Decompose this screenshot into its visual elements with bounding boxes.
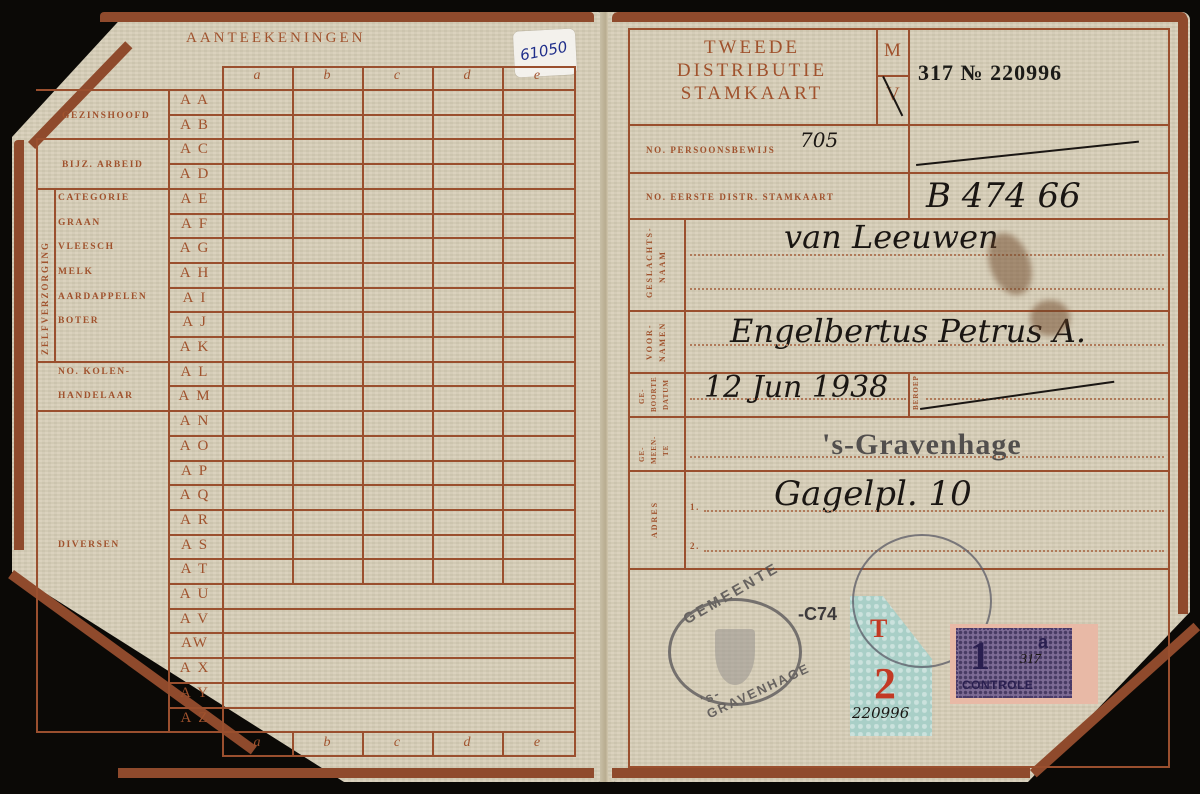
adres-line-2-number: 2. bbox=[690, 541, 700, 551]
adres-label: ADRES bbox=[650, 501, 659, 538]
row-code-14: A O bbox=[168, 438, 222, 455]
divider bbox=[628, 124, 1170, 126]
adres-dotted-line-1 bbox=[704, 510, 1164, 512]
row-code-24: A Y bbox=[168, 685, 222, 702]
group-label-7: BOTER bbox=[58, 316, 99, 326]
grid-line bbox=[502, 731, 504, 757]
right-border-side bbox=[1178, 14, 1188, 614]
row-code-22: AW bbox=[168, 635, 222, 652]
grid-line bbox=[362, 731, 364, 757]
grid-line bbox=[36, 361, 574, 363]
persoonsbewijs-value: 705 bbox=[800, 128, 838, 152]
sex-option-m: M bbox=[884, 40, 901, 62]
code-stamp: -C74 bbox=[798, 604, 837, 625]
eerste-stamkaart-label: NO. EERSTE DISTR. STAMKAART bbox=[646, 192, 835, 202]
group-label-6: AARDAPPELEN bbox=[58, 292, 147, 302]
column-header-bottom-2: c bbox=[362, 735, 432, 751]
row-code-13: A N bbox=[168, 413, 222, 430]
grid-line bbox=[36, 89, 574, 91]
grid-line bbox=[502, 66, 504, 583]
row-code-7: A H bbox=[168, 265, 222, 282]
grid-line bbox=[168, 707, 574, 709]
row-code-0: A A bbox=[168, 92, 222, 109]
group-label-10: DIVERSEN bbox=[58, 540, 120, 550]
column-header-top-3: d bbox=[432, 68, 502, 84]
grid-line bbox=[168, 213, 574, 215]
left-border-top bbox=[100, 12, 594, 22]
divider bbox=[684, 218, 686, 570]
geboortedatum-label-1: GE- bbox=[638, 389, 646, 404]
controle-stamp-letter: a bbox=[1038, 632, 1048, 653]
row-code-15: A P bbox=[168, 463, 222, 480]
row-code-5: A F bbox=[168, 216, 222, 233]
geslachtsnaam-dotted-line-2 bbox=[690, 288, 1164, 290]
column-header-bottom-1: b bbox=[292, 735, 362, 751]
gemeente-dotted-line bbox=[690, 456, 1164, 458]
group-label-3: GRAAN bbox=[58, 218, 101, 228]
group-label-4: VLEESCH bbox=[58, 242, 115, 252]
persoonsbewijs-label: NO. PERSOONSBEWIJS bbox=[646, 145, 775, 155]
controle-stamp: 1 a 317 CONTROLE bbox=[950, 624, 1098, 704]
grid-line bbox=[168, 509, 574, 511]
row-code-3: A D bbox=[168, 166, 222, 183]
grid-line bbox=[362, 66, 364, 583]
aanteekeningen-title: AANTEEKENINGEN bbox=[186, 30, 365, 47]
group-label-1: BIJZ. ARBEID bbox=[62, 160, 144, 170]
left-border-bottom bbox=[118, 768, 594, 778]
grid-line bbox=[168, 682, 574, 684]
grid-line bbox=[292, 731, 294, 757]
column-header-bottom-3: d bbox=[432, 735, 502, 751]
column-header-top-1: b bbox=[292, 68, 362, 84]
row-code-16: A Q bbox=[168, 487, 222, 504]
geboortedatum-label-2: BOORTE bbox=[650, 376, 658, 412]
geslachtsnaam-label-2: NAAM bbox=[658, 250, 667, 283]
geslachtsnaam-dotted-line-1 bbox=[690, 254, 1164, 256]
grid-line bbox=[36, 138, 574, 140]
row-code-23: A X bbox=[168, 660, 222, 677]
card-title: TWEEDE DISTRIBUTIE STAMKAART bbox=[632, 36, 872, 105]
row-code-12: A M bbox=[168, 388, 222, 405]
row-code-10: A K bbox=[168, 339, 222, 356]
group-label-2: CATEGORIE bbox=[58, 193, 130, 203]
controle-stamp-number: 1 bbox=[970, 632, 990, 679]
controle-stamp-body: 1 a 317 CONTROLE bbox=[956, 628, 1072, 698]
grid-line bbox=[168, 657, 574, 659]
divider bbox=[628, 416, 1170, 418]
grid-line bbox=[222, 755, 574, 757]
geboortedatum-label-3: DATUM bbox=[662, 379, 670, 410]
row-code-19: A T bbox=[168, 561, 222, 578]
divider bbox=[876, 75, 909, 77]
voornamen-label-1: VOOR- bbox=[645, 323, 654, 360]
beroep-dotted-line bbox=[926, 398, 1164, 400]
row-code-6: A G bbox=[168, 240, 222, 257]
geboortedatum-dotted-line bbox=[690, 398, 906, 400]
grid-line bbox=[432, 731, 434, 757]
divider bbox=[628, 470, 1170, 472]
grid-line bbox=[168, 385, 574, 387]
adres-line-1-value: Gagelpl. 10 bbox=[774, 474, 972, 514]
grid-line bbox=[168, 608, 574, 610]
grid-line bbox=[168, 287, 574, 289]
column-header-top-2: c bbox=[362, 68, 432, 84]
row-code-2: A C bbox=[168, 141, 222, 158]
voornamen-label-2: NAMEN bbox=[658, 322, 667, 362]
grid-line bbox=[168, 534, 574, 536]
row-code-1: A B bbox=[168, 117, 222, 134]
left-border-side bbox=[14, 140, 24, 550]
coffee-stain bbox=[1030, 300, 1070, 336]
grid-line bbox=[168, 89, 170, 731]
voornamen-dotted-line bbox=[690, 344, 1164, 346]
grid-line bbox=[168, 336, 574, 338]
blue-stamp-number: 2 bbox=[874, 658, 896, 709]
grid-line bbox=[36, 188, 574, 190]
grid-line bbox=[168, 262, 574, 264]
grid-line bbox=[292, 66, 294, 583]
beroep-label: BEROEP bbox=[912, 375, 920, 410]
column-header-bottom-4: e bbox=[502, 735, 572, 751]
row-code-21: A V bbox=[168, 611, 222, 628]
group-label-9: HANDELAAR bbox=[58, 391, 134, 401]
row-code-17: A R bbox=[168, 512, 222, 529]
grid-line bbox=[168, 435, 574, 437]
grid-line bbox=[36, 410, 574, 412]
grid-line bbox=[168, 460, 574, 462]
sticker-number: 61050 bbox=[519, 38, 569, 65]
grid-line bbox=[36, 731, 574, 733]
divider bbox=[908, 28, 910, 218]
title-line-3: STAMKAART bbox=[632, 82, 872, 105]
geslachtsnaam-value: van Leeuwen bbox=[784, 218, 999, 256]
right-border-top bbox=[612, 12, 1187, 22]
adres-line-1-number: 1. bbox=[690, 502, 700, 512]
grid-line bbox=[574, 66, 576, 757]
row-code-18: A S bbox=[168, 537, 222, 554]
group-label-0: GEZINSHOOFD bbox=[62, 111, 150, 121]
title-line-1: TWEEDE bbox=[632, 36, 872, 59]
grid-line bbox=[168, 114, 574, 116]
row-code-8: A I bbox=[168, 290, 222, 307]
grid-line bbox=[168, 163, 574, 165]
card-serial-number: 317 № 220996 bbox=[918, 60, 1062, 86]
grid-line bbox=[168, 237, 574, 239]
column-header-top-4: e bbox=[502, 68, 572, 84]
gemeente-label-2: MEEN- bbox=[650, 436, 658, 464]
controle-stamp-label: CONTROLE bbox=[962, 678, 1033, 692]
gemeente-seal-stamp: GEMEENTE 's-GRAVENHAGE bbox=[668, 598, 802, 706]
controle-stamp-handwritten: 317 bbox=[1020, 652, 1041, 668]
row-code-11: A L bbox=[168, 364, 222, 381]
grid-line bbox=[54, 188, 56, 361]
grid-line bbox=[222, 66, 224, 757]
grid-line bbox=[168, 632, 574, 634]
divider bbox=[628, 172, 1170, 174]
group-label-5: MELK bbox=[58, 267, 93, 277]
grid-line bbox=[36, 138, 38, 731]
grid-line bbox=[168, 558, 574, 560]
grid-line bbox=[168, 311, 574, 313]
group-label-8: NO. KOLEN- bbox=[58, 367, 130, 377]
row-code-4: A E bbox=[168, 191, 222, 208]
row-code-25: A Z bbox=[168, 710, 222, 727]
eerste-stamkaart-value: B 474 66 bbox=[926, 176, 1081, 216]
blue-stamp-handwritten: 220996 bbox=[852, 704, 909, 722]
title-line-2: DISTRIBUTIE bbox=[632, 59, 872, 82]
column-header-top-0: a bbox=[222, 68, 292, 84]
right-border-bottom bbox=[612, 768, 1030, 778]
geslachtsnaam-label-1: GESLACHTS- bbox=[645, 226, 654, 298]
gemeente-label-1: GE- bbox=[638, 447, 646, 462]
column-header-bottom-0: a bbox=[222, 735, 292, 751]
row-code-9: A J bbox=[168, 314, 222, 331]
gemeente-label-3: TE bbox=[662, 445, 670, 456]
zelfverzorging-label: ZELFVERZORGING bbox=[40, 241, 50, 355]
grid-line bbox=[432, 66, 434, 583]
divider bbox=[908, 372, 910, 417]
grid-line bbox=[168, 583, 574, 585]
row-code-20: A U bbox=[168, 586, 222, 603]
grid-line bbox=[168, 484, 574, 486]
